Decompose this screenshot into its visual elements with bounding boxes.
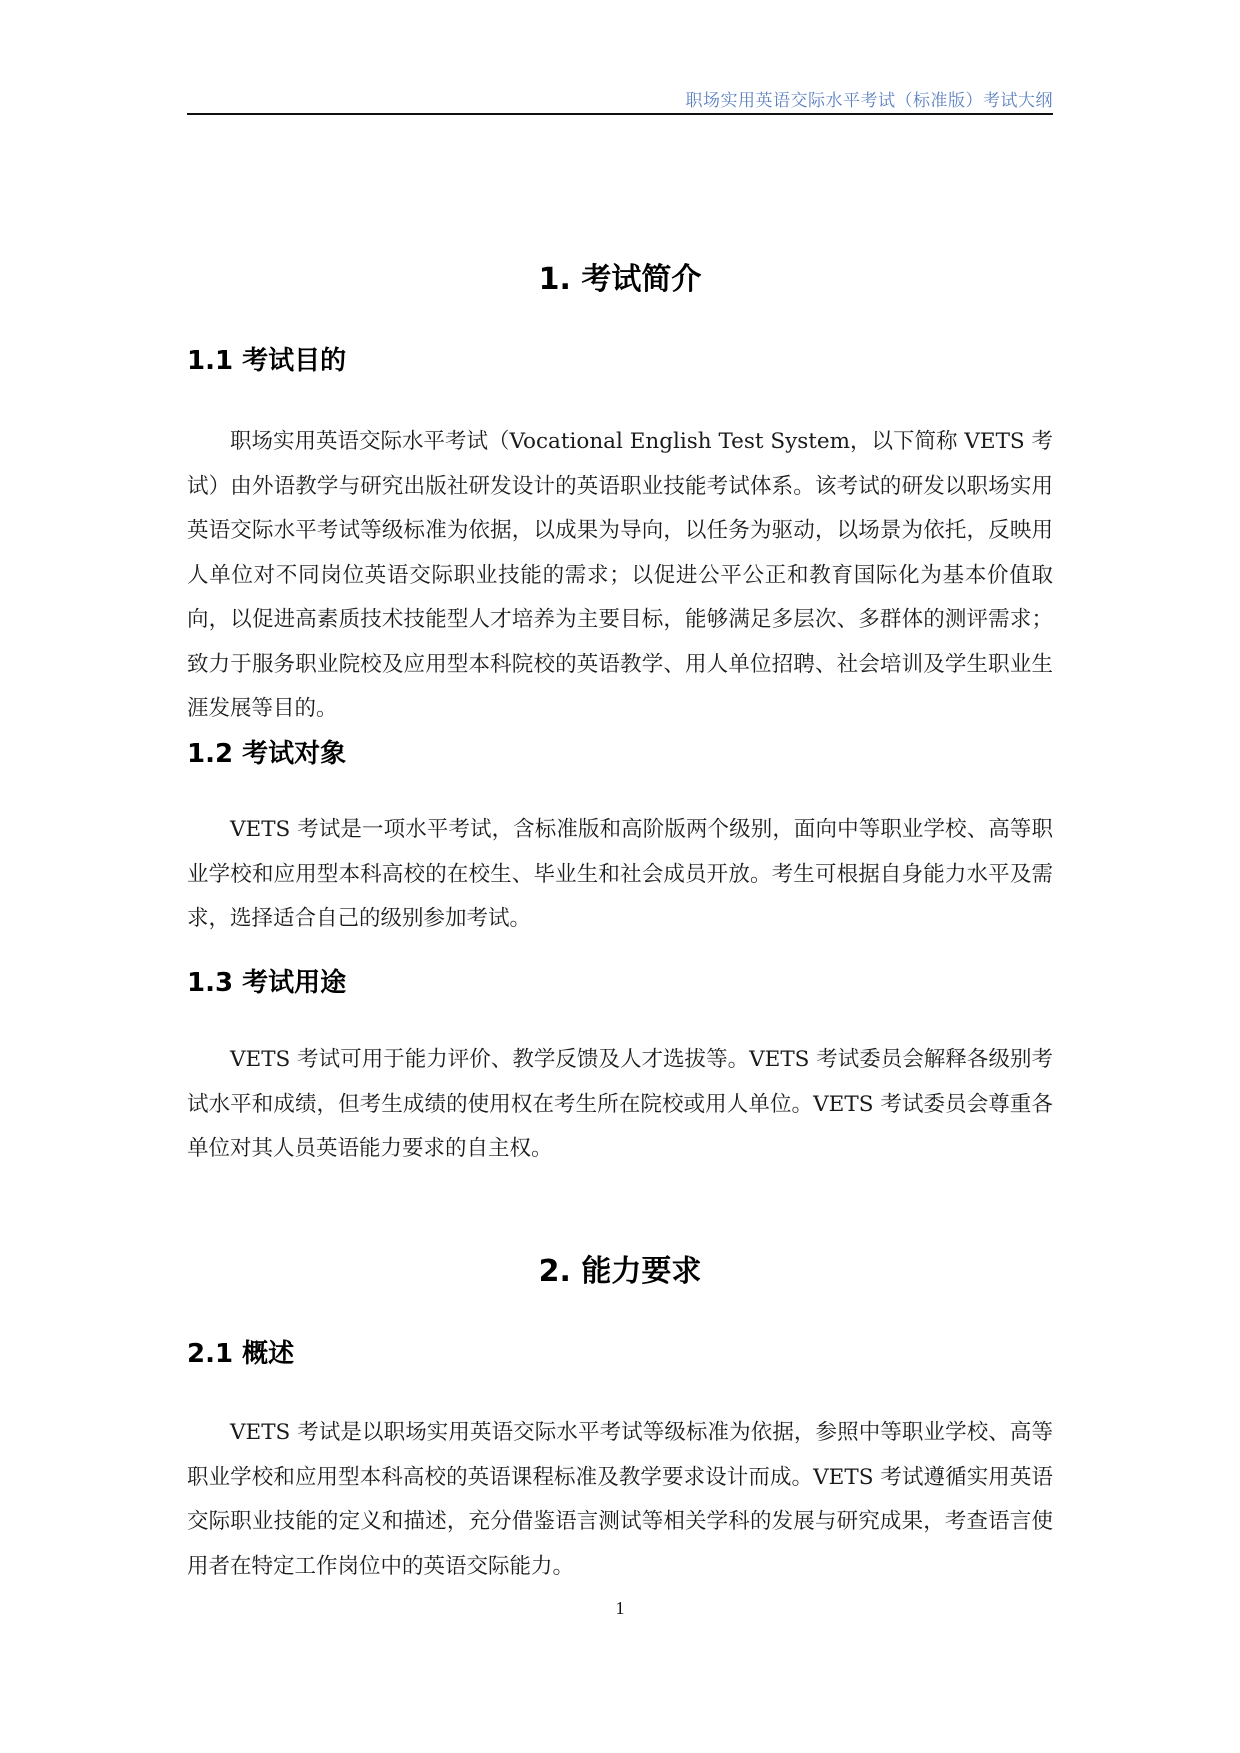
- paragraph-text: VETS 考试是以职场实用英语交际水平考试等级标准为依据，参照中等职业学校、高等…: [187, 1411, 1053, 1589]
- subsection-title-1-3: 1.3 考试用途: [187, 962, 346, 999]
- paragraph-1-1: 职场实用英语交际水平考试（Vocational English Test Sys…: [187, 420, 1053, 732]
- running-header: 职场实用英语交际水平考试（标准版）考试大纲: [187, 86, 1053, 111]
- page-number: 1: [0, 1598, 1240, 1619]
- paragraph-1-3: VETS 考试可用于能力评价、教学反馈及人才选拔等。VETS 考试委员会解释各级…: [187, 1038, 1053, 1172]
- subsection-title-1-2: 1.2 考试对象: [187, 733, 346, 770]
- subsection-title-2-1: 2.1 概述: [187, 1333, 294, 1370]
- section-title-1: 1. 考试简介: [187, 254, 1053, 298]
- paragraph-text: VETS 考试可用于能力评价、教学反馈及人才选拔等。VETS 考试委员会解释各级…: [187, 1038, 1053, 1172]
- paragraph-text: 职场实用英语交际水平考试（Vocational English Test Sys…: [187, 420, 1053, 732]
- paragraph-text: VETS 考试是一项水平考试，含标准版和高阶版两个级别，面向中等职业学校、高等职…: [187, 808, 1053, 942]
- header-rule: [187, 113, 1053, 115]
- paragraph-2-1: VETS 考试是以职场实用英语交际水平考试等级标准为依据，参照中等职业学校、高等…: [187, 1411, 1053, 1589]
- subsection-title-1-1: 1.1 考试目的: [187, 340, 346, 377]
- section-title-2: 2. 能力要求: [187, 1246, 1053, 1290]
- paragraph-1-2: VETS 考试是一项水平考试，含标准版和高阶版两个级别，面向中等职业学校、高等职…: [187, 808, 1053, 942]
- document-page: 职场实用英语交际水平考试（标准版）考试大纲 1. 考试简介 1.1 考试目的 职…: [0, 0, 1240, 1753]
